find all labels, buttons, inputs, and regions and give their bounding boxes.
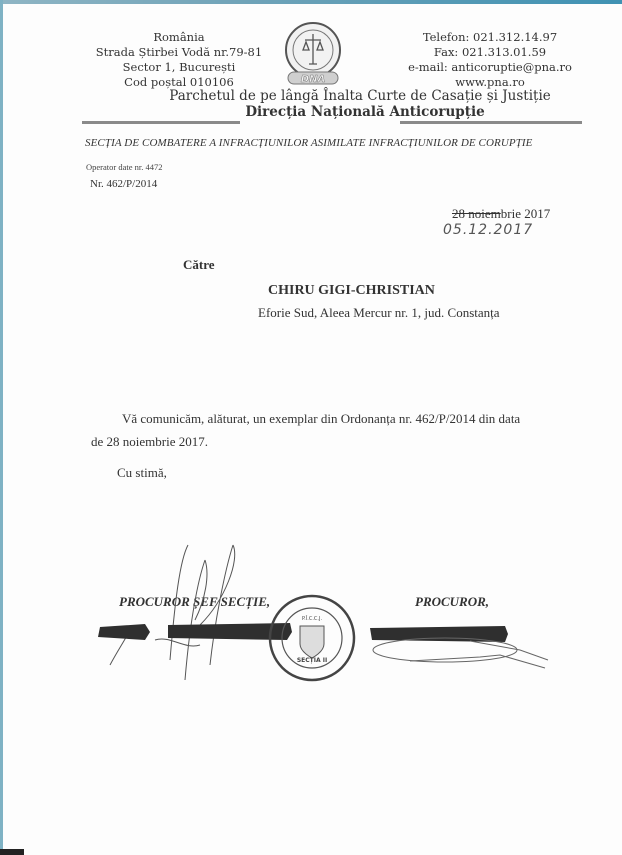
date-rest: brie 2017 — [501, 206, 550, 221]
operator-number: Operator date nr. 4472 — [86, 162, 162, 172]
body-line-1: Vă comunicăm, alăturat, un exemplar din … — [122, 411, 520, 427]
redacted-name-mark — [98, 623, 508, 642]
closing: Cu stimă, — [117, 465, 167, 481]
document-date: 28 noiembrie 2017 — [452, 206, 550, 222]
header-rule-left — [82, 121, 240, 124]
official-stamp-icon: P.Î.C.C.J. SECȚIA II — [270, 596, 354, 680]
chief-prosecutor-title: PROCUROR ȘEF SECȚIE, — [119, 594, 270, 610]
signature-right-icon — [373, 638, 548, 668]
scan-edge-left — [0, 0, 3, 855]
directorate-name: Direcția Națională Anticorupție — [150, 104, 580, 120]
email-text: e-mail: anticoruptie@pna.ro — [390, 60, 590, 75]
scan-edge-mark — [0, 849, 24, 855]
fax-text: Fax: 021.313.01.59 — [390, 45, 590, 60]
header-rule-right — [400, 121, 582, 124]
section-name: SECȚIA DE COMBATERE A INFRACȚIUNILOR ASI… — [85, 137, 533, 149]
address-line: Strada Știrbei Vodă nr.79-81 — [84, 45, 274, 60]
scan-edge-top — [0, 0, 622, 4]
body-line-2: de 28 noiembrie 2017. — [91, 434, 208, 450]
dna-emblem-icon: DNA — [278, 20, 348, 90]
recipient-address: Eforie Sud, Aleea Mercur nr. 1, jud. Con… — [258, 305, 500, 321]
address-line: Sector 1, București — [84, 60, 274, 75]
prosecutor-title: PROCUROR, — [415, 594, 489, 610]
svg-text:DNA: DNA — [301, 74, 325, 85]
header-address: România Strada Știrbei Vodă nr.79-81 Sec… — [84, 30, 274, 90]
institution-name: Parchetul de pe lângă Înalta Curte de Ca… — [150, 88, 570, 104]
signature-left-icon — [110, 545, 235, 680]
recipient-name: CHIRU GIGI-CHRISTIAN — [268, 283, 435, 299]
address-line: România — [84, 30, 274, 45]
to-label: Către — [183, 257, 215, 273]
date-day: 28 — [452, 206, 465, 221]
signature-overlay: P.Î.C.C.J. SECȚIA II — [0, 0, 622, 855]
date-struck: noiem — [465, 206, 501, 221]
handwritten-date: 05.12.2017 — [443, 222, 533, 238]
document-number: Nr. 462/P/2014 — [90, 178, 157, 190]
header-contact: Telefon: 021.312.14.97 Fax: 021.313.01.5… — [390, 30, 590, 90]
phone-text: Telefon: 021.312.14.97 — [390, 30, 590, 45]
svg-text:P.Î.C.C.J.: P.Î.C.C.J. — [302, 615, 323, 622]
svg-text:SECȚIA II: SECȚIA II — [297, 657, 327, 664]
